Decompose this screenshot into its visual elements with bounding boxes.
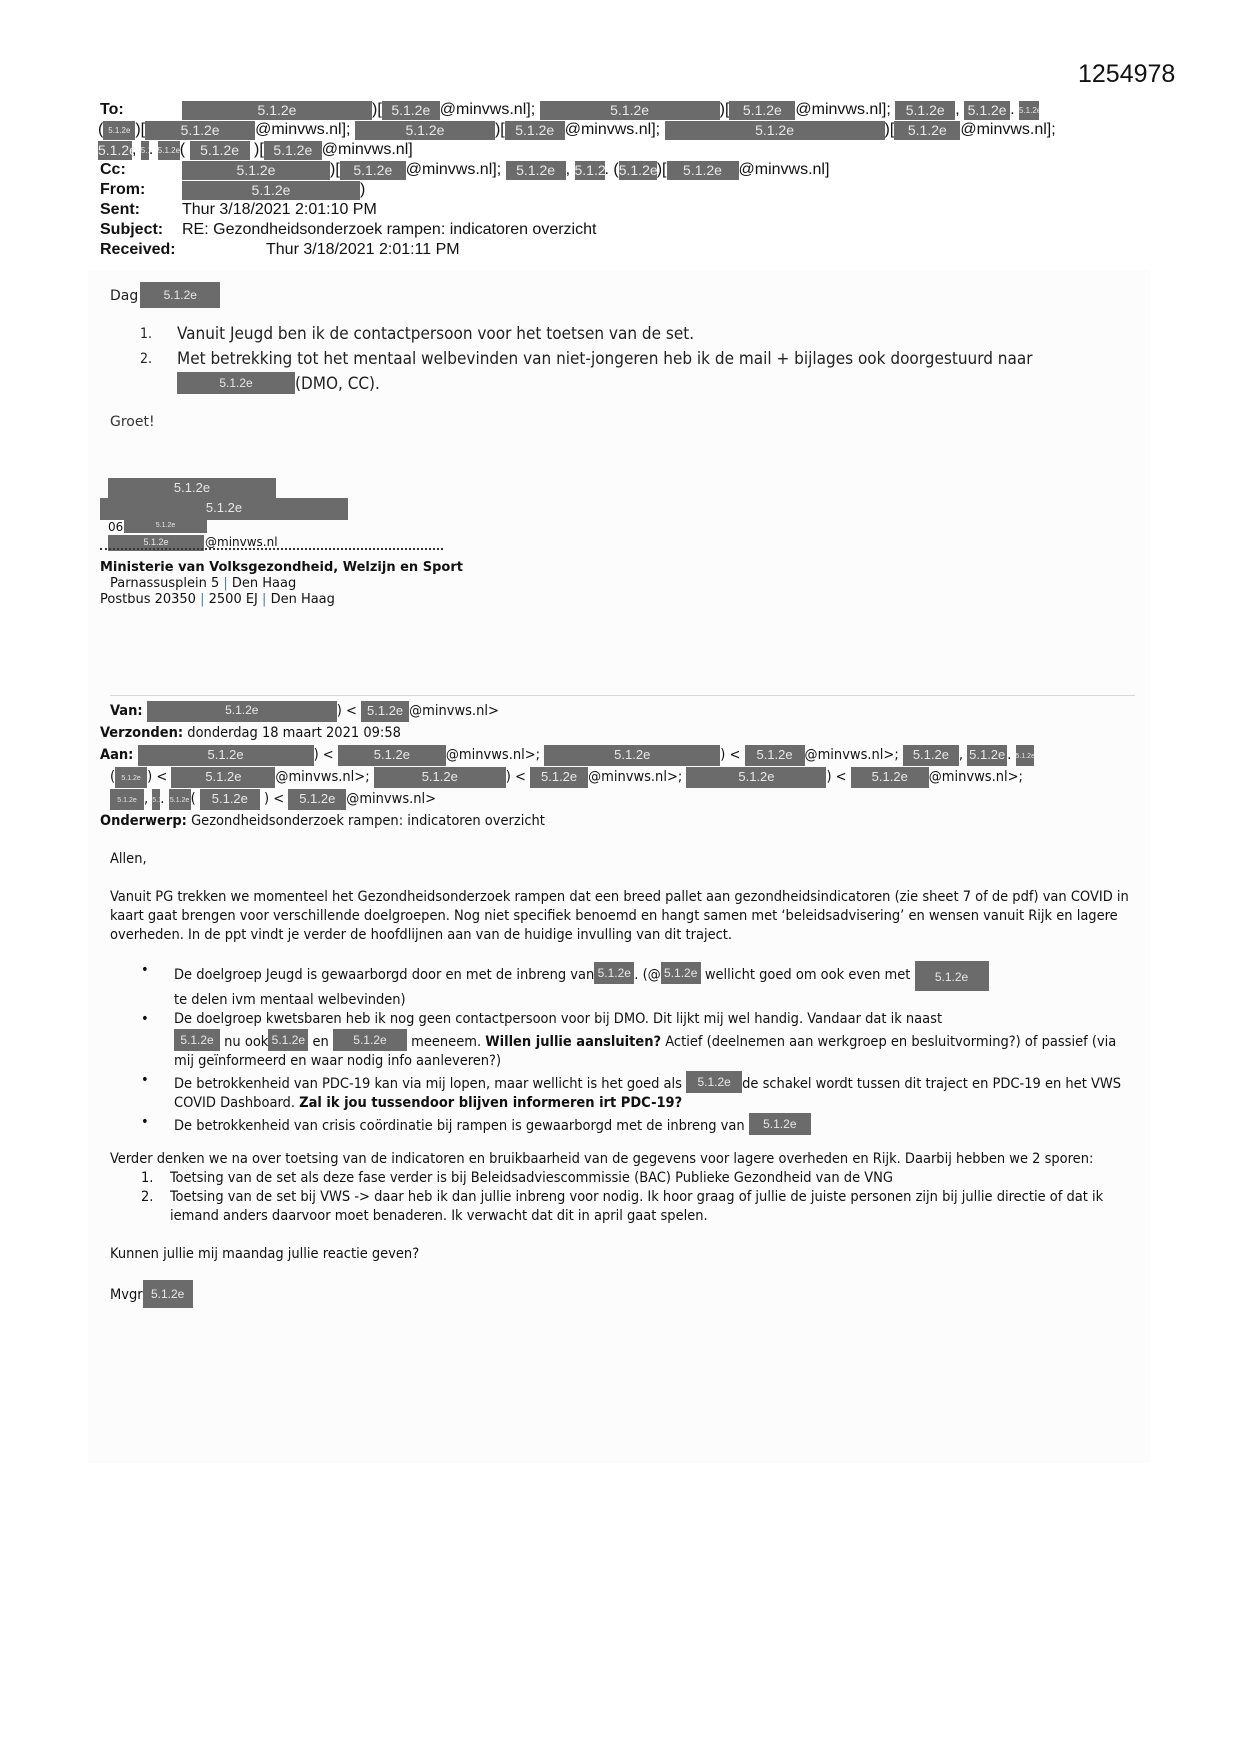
subject-value: RE: Gezondheidsonderzoek rampen: indicat…	[182, 220, 596, 240]
reply-list: 1.Vanuit Jeugd ben ik de contactpersoon …	[140, 322, 1140, 397]
redaction: 5.1.2e	[686, 1071, 742, 1093]
redaction: 5.1.2e	[264, 141, 322, 160]
redaction: 5.1.2e	[1016, 745, 1034, 766]
redaction: 5.1.2e	[100, 498, 348, 520]
redaction: 5.1.2e	[145, 121, 255, 140]
redaction: 5.1.2e	[851, 767, 929, 788]
aan-row-3: 5.1.2e, 5.1.2e. 5.1.2e( 5.1.2e ) < 5.1.2…	[110, 788, 436, 810]
redaction: 5.1.2e	[174, 1029, 220, 1051]
greeting: Dag5.1.2e	[110, 282, 220, 308]
salutation: Allen,	[110, 850, 1130, 869]
redaction: 5.1.2e	[361, 701, 409, 722]
redaction: 5.1.2e	[374, 767, 506, 788]
redaction: 5.1.2e	[355, 121, 495, 140]
redaction: 5.1.2e	[967, 745, 1007, 766]
redaction: 5.1.2e	[749, 1113, 811, 1135]
redaction: 5.1.2e	[182, 101, 372, 120]
redaction: 5.1.2e	[530, 767, 588, 788]
redaction: 5.1.2e	[686, 767, 826, 788]
redaction: 5.1.2e	[544, 745, 720, 766]
original-message: Allen, Vanuit PG trekken we momenteel he…	[110, 850, 1130, 1308]
redaction: 5.1.2e	[171, 767, 275, 788]
received-label: Received:	[100, 240, 176, 260]
redaction: 5.1.2e	[619, 161, 657, 180]
redaction: 5.1.2e	[98, 141, 132, 160]
redaction: 5.1.2e	[661, 962, 701, 984]
closing: Groet!	[110, 414, 155, 430]
list-item: 2.Met betrekking tot het mentaal welbevi…	[140, 347, 1140, 397]
redaction: 5.1.2e	[140, 282, 220, 308]
redaction: 5.1.2e	[1019, 101, 1039, 120]
onderwerp-row: Onderwerp: Gezondheidsonderzoek rampen: …	[100, 810, 545, 832]
list-item: 2.Toetsing van de set bij VWS -> daar he…	[110, 1188, 1130, 1226]
list-item: •De betrokkenheid van PDC-19 kan via mij…	[110, 1071, 1130, 1113]
verzonden-row: Verzonden: donderdag 18 maart 2021 09:58	[100, 722, 401, 744]
redaction: 5.1.2e	[333, 1029, 407, 1051]
closing: Mvgr5.1.2e	[110, 1280, 1130, 1308]
redaction: 5.1.2e	[505, 121, 565, 140]
redaction: 5.1.2e	[340, 161, 406, 180]
redaction: 5.1.2e	[138, 745, 314, 766]
redaction: 5.1.2e	[103, 121, 135, 140]
redaction: 5.1.2e	[158, 141, 180, 160]
document-id: 1254978	[1078, 60, 1175, 89]
subject-label: Subject:	[100, 220, 163, 240]
redaction: 5.1.2e	[182, 161, 330, 180]
redaction: 5.1.2e	[729, 101, 795, 120]
message-separator	[110, 695, 1135, 696]
address-line-2: Postbus 20350 | 2500 EJ | Den Haag	[100, 592, 463, 608]
redaction: 5.1.2e	[903, 745, 959, 766]
aan-row-2: (5.1.2e) < 5.1.2e@minvws.nl>; 5.1.2e) < …	[110, 766, 1023, 788]
signature-email: @minvws.nl	[205, 535, 278, 549]
list-item: 1.Toetsing van de set als deze fase verd…	[110, 1169, 1130, 1188]
redaction: 5.1.2e	[182, 181, 360, 200]
redaction: 5.1.2e	[895, 101, 955, 120]
van-row: Van: 5.1.2e) < 5.1.2e@minvws.nl>	[110, 700, 499, 722]
to-label: To:	[100, 100, 124, 120]
address-line-1: Parnassusplein 5 | Den Haag	[100, 576, 463, 592]
redaction: 5.1.2e	[115, 767, 147, 788]
redaction: 5.1.2e	[147, 701, 337, 722]
redaction: 5.1.2e	[745, 745, 805, 766]
redaction: 5.1.2e	[124, 520, 207, 533]
aan-row: Aan: 5.1.2e) < 5.1.2e@minvws.nl>; 5.1.2e…	[100, 744, 1034, 766]
from-label: From:	[100, 180, 145, 200]
list-item: 1.Vanuit Jeugd ben ik de contactpersoon …	[140, 322, 1140, 347]
redaction: 5.1.2e	[338, 745, 446, 766]
tracks-intro: Verder denken we na over toetsing van de…	[110, 1150, 1130, 1169]
signature-divider	[100, 548, 443, 550]
redaction: 5.1.2e	[110, 789, 144, 810]
redaction: 5.1.2e	[894, 121, 960, 140]
redaction: 5.1.2e	[169, 789, 191, 810]
redaction: 5.1.2e	[540, 101, 720, 120]
phone-prefix: 06	[108, 520, 123, 534]
redaction: 5.1.2e	[108, 478, 276, 498]
bullet-list: •De doelgroep Jeugd is gewaarborgd door …	[110, 961, 1130, 1136]
redaction: 5.1.2e	[288, 789, 346, 810]
received-value: Thur 3/18/2021 2:01:11 PM	[266, 240, 460, 260]
list-item: •De doelgroep kwetsbaren heb ik nog geen…	[110, 1010, 1130, 1071]
redaction: 5.1.2e	[190, 141, 250, 160]
redaction: 5.1.2e	[268, 1029, 308, 1051]
sent-value: Thur 3/18/2021 2:01:10 PM	[182, 200, 377, 220]
redaction: 5.1.2e	[152, 789, 160, 810]
redaction: 5.1.2e	[915, 961, 989, 991]
list-item: •De betrokkenheid van crisis coördinatie…	[110, 1113, 1130, 1136]
redaction: 5.1.2e	[964, 101, 1010, 120]
redaction: 5.1.2e	[575, 161, 605, 180]
redaction: 5.1.2e	[177, 372, 295, 394]
ministry-block: Ministerie van Volksgezondheid, Welzijn …	[100, 560, 463, 608]
redaction: 5.1.2e	[506, 161, 566, 180]
cc-label: Cc:	[100, 160, 126, 180]
redaction: 5.1.2e	[143, 1280, 193, 1308]
redaction: 5.1.2e	[665, 121, 885, 140]
ministry-name: Ministerie van Volksgezondheid, Welzijn …	[100, 560, 463, 576]
redaction: 5.1.2e	[200, 789, 260, 810]
intro-paragraph: Vanuit PG trekken we momenteel het Gezon…	[110, 888, 1130, 945]
list-item: •De doelgroep Jeugd is gewaarborgd door …	[110, 961, 1130, 1010]
question: Kunnen jullie mij maandag jullie reactie…	[110, 1245, 1130, 1264]
sent-label: Sent:	[100, 200, 140, 220]
redaction: 5.1.2e	[141, 141, 149, 160]
redaction: 5.1.2e	[594, 962, 634, 984]
redaction: 5.1.2e	[382, 101, 440, 120]
redaction: 5.1.2e	[667, 161, 739, 180]
